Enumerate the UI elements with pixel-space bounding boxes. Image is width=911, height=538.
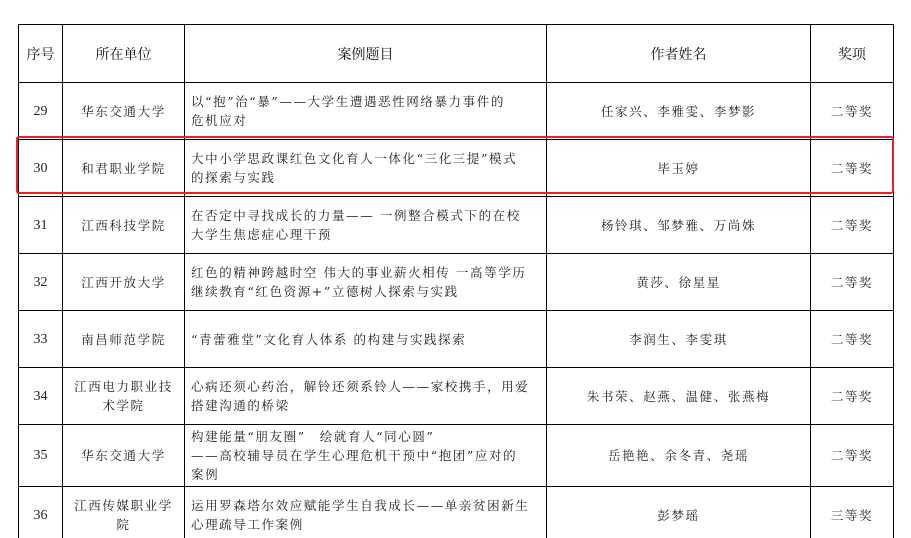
cell-author: 岳艳艳、余冬青、尧瑶 (547, 425, 811, 487)
title-line: 危机应对 (191, 111, 540, 130)
cell-award: 二等奖 (811, 368, 894, 425)
award-table: 序号 所在单位 案例题目 作者姓名 奖项 29 华东交通大学 以“抱”治“暴”—… (18, 24, 894, 538)
cell-author: 黄莎、徐星星 (547, 254, 811, 311)
cell-author: 李润生、李雯琪 (547, 311, 811, 368)
cell-unit: 华东交通大学 (63, 425, 185, 487)
cell-award: 二等奖 (811, 83, 894, 140)
cell-no: 29 (19, 83, 63, 140)
table-row: 31 江西科技学院 在否定中寻找成长的力量—— 一例整合模式下的在校 大学生焦虑… (19, 197, 894, 254)
cell-no: 32 (19, 254, 63, 311)
cell-title: 大中小学思政课红色文化育人一体化“三化三提”模式 的探索与实践 (185, 140, 547, 197)
cell-award: 三等奖 (811, 487, 894, 538)
title-line: 以“抱”治“暴”——大学生遭遇恶性网络暴力事件的 (191, 92, 540, 111)
title-line: ——高校辅导员在学生心理危机干预中“抱团”应对的 (191, 446, 540, 465)
title-line: 继续教育“红色资源+”立德树人探索与实践 (191, 282, 540, 301)
cell-author: 毕玉婷 (547, 140, 811, 197)
cell-author: 任家兴、李雅雯、李梦影 (547, 83, 811, 140)
header-title: 案例题目 (185, 25, 547, 83)
title-line: 在否定中寻找成长的力量—— 一例整合模式下的在校 (191, 206, 540, 225)
cell-no: 31 (19, 197, 63, 254)
title-line: 心理疏导工作案例 (191, 515, 540, 534)
cell-award: 二等奖 (811, 197, 894, 254)
header-author: 作者姓名 (547, 25, 811, 83)
title-line: 案例 (191, 465, 540, 484)
title-line: 的探索与实践 (191, 168, 540, 187)
cell-award: 二等奖 (811, 254, 894, 311)
table-row-highlighted: 30 和君职业学院 大中小学思政课红色文化育人一体化“三化三提”模式 的探索与实… (19, 140, 894, 197)
table-row: 34 江西电力职业技术学院 心病还须心药治，解铃还须系铃人——家校携手，用爱 搭… (19, 368, 894, 425)
cell-unit: 江西电力职业技术学院 (63, 368, 185, 425)
cell-title: 构建能量“朋友圈” 绘就育人“同心圆” ——高校辅导员在学生心理危机干预中“抱团… (185, 425, 547, 487)
cell-unit: 江西科技学院 (63, 197, 185, 254)
title-line: 红色的精神跨越时空 伟大的事业薪火相传 一高等学历 (191, 263, 540, 282)
cell-unit: 华东交通大学 (63, 83, 185, 140)
cell-no: 35 (19, 425, 63, 487)
cell-author: 朱书荣、赵燕、温健、张燕梅 (547, 368, 811, 425)
cell-title: 运用罗森塔尔效应赋能学生自我成长——单亲贫困新生 心理疏导工作案例 (185, 487, 547, 538)
title-line: 运用罗森塔尔效应赋能学生自我成长——单亲贫困新生 (191, 496, 540, 515)
table-header-row: 序号 所在单位 案例题目 作者姓名 奖项 (19, 25, 894, 83)
table-row: 32 江西开放大学 红色的精神跨越时空 伟大的事业薪火相传 一高等学历 继续教育… (19, 254, 894, 311)
cell-author: 彭梦瑶 (547, 487, 811, 538)
cell-author: 杨铃琪、邹梦雅、万尚姝 (547, 197, 811, 254)
title-line: 大学生焦虑症心理干预 (191, 225, 540, 244)
table-row: 33 南昌师范学院 “青蕾雅堂”文化育人体系 的构建与实践探索 李润生、李雯琪 … (19, 311, 894, 368)
title-line: 搭建沟通的桥梁 (191, 396, 540, 415)
cell-title: 在否定中寻找成长的力量—— 一例整合模式下的在校 大学生焦虑症心理干预 (185, 197, 547, 254)
cell-unit: 江西开放大学 (63, 254, 185, 311)
header-award: 奖项 (811, 25, 894, 83)
title-line: 心病还须心药治，解铃还须系铃人——家校携手，用爱 (191, 377, 540, 396)
table-row: 29 华东交通大学 以“抱”治“暴”——大学生遭遇恶性网络暴力事件的 危机应对 … (19, 83, 894, 140)
table-row: 35 华东交通大学 构建能量“朋友圈” 绘就育人“同心圆” ——高校辅导员在学生… (19, 425, 894, 487)
cell-unit: 南昌师范学院 (63, 311, 185, 368)
cell-award: 二等奖 (811, 425, 894, 487)
header-unit: 所在单位 (63, 25, 185, 83)
cell-title: 以“抱”治“暴”——大学生遭遇恶性网络暴力事件的 危机应对 (185, 83, 547, 140)
cell-title: 心病还须心药治，解铃还须系铃人——家校携手，用爱 搭建沟通的桥梁 (185, 368, 547, 425)
title-line: 大中小学思政课红色文化育人一体化“三化三提”模式 (191, 149, 540, 168)
cell-title: 红色的精神跨越时空 伟大的事业薪火相传 一高等学历 继续教育“红色资源+”立德树… (185, 254, 547, 311)
cell-no: 34 (19, 368, 63, 425)
cell-title: “青蕾雅堂”文化育人体系 的构建与实践探索 (185, 311, 547, 368)
cell-unit: 江西传媒职业学院 (63, 487, 185, 538)
cell-award: 二等奖 (811, 140, 894, 197)
cell-no: 33 (19, 311, 63, 368)
header-no: 序号 (19, 25, 63, 83)
title-line: “青蕾雅堂”文化育人体系 的构建与实践探索 (191, 330, 540, 349)
cell-no: 36 (19, 487, 63, 538)
cell-no: 30 (19, 140, 63, 197)
table-row: 36 江西传媒职业学院 运用罗森塔尔效应赋能学生自我成长——单亲贫困新生 心理疏… (19, 487, 894, 538)
title-line: 构建能量“朋友圈” 绘就育人“同心圆” (191, 427, 540, 446)
cell-unit: 和君职业学院 (63, 140, 185, 197)
cell-award: 二等奖 (811, 311, 894, 368)
